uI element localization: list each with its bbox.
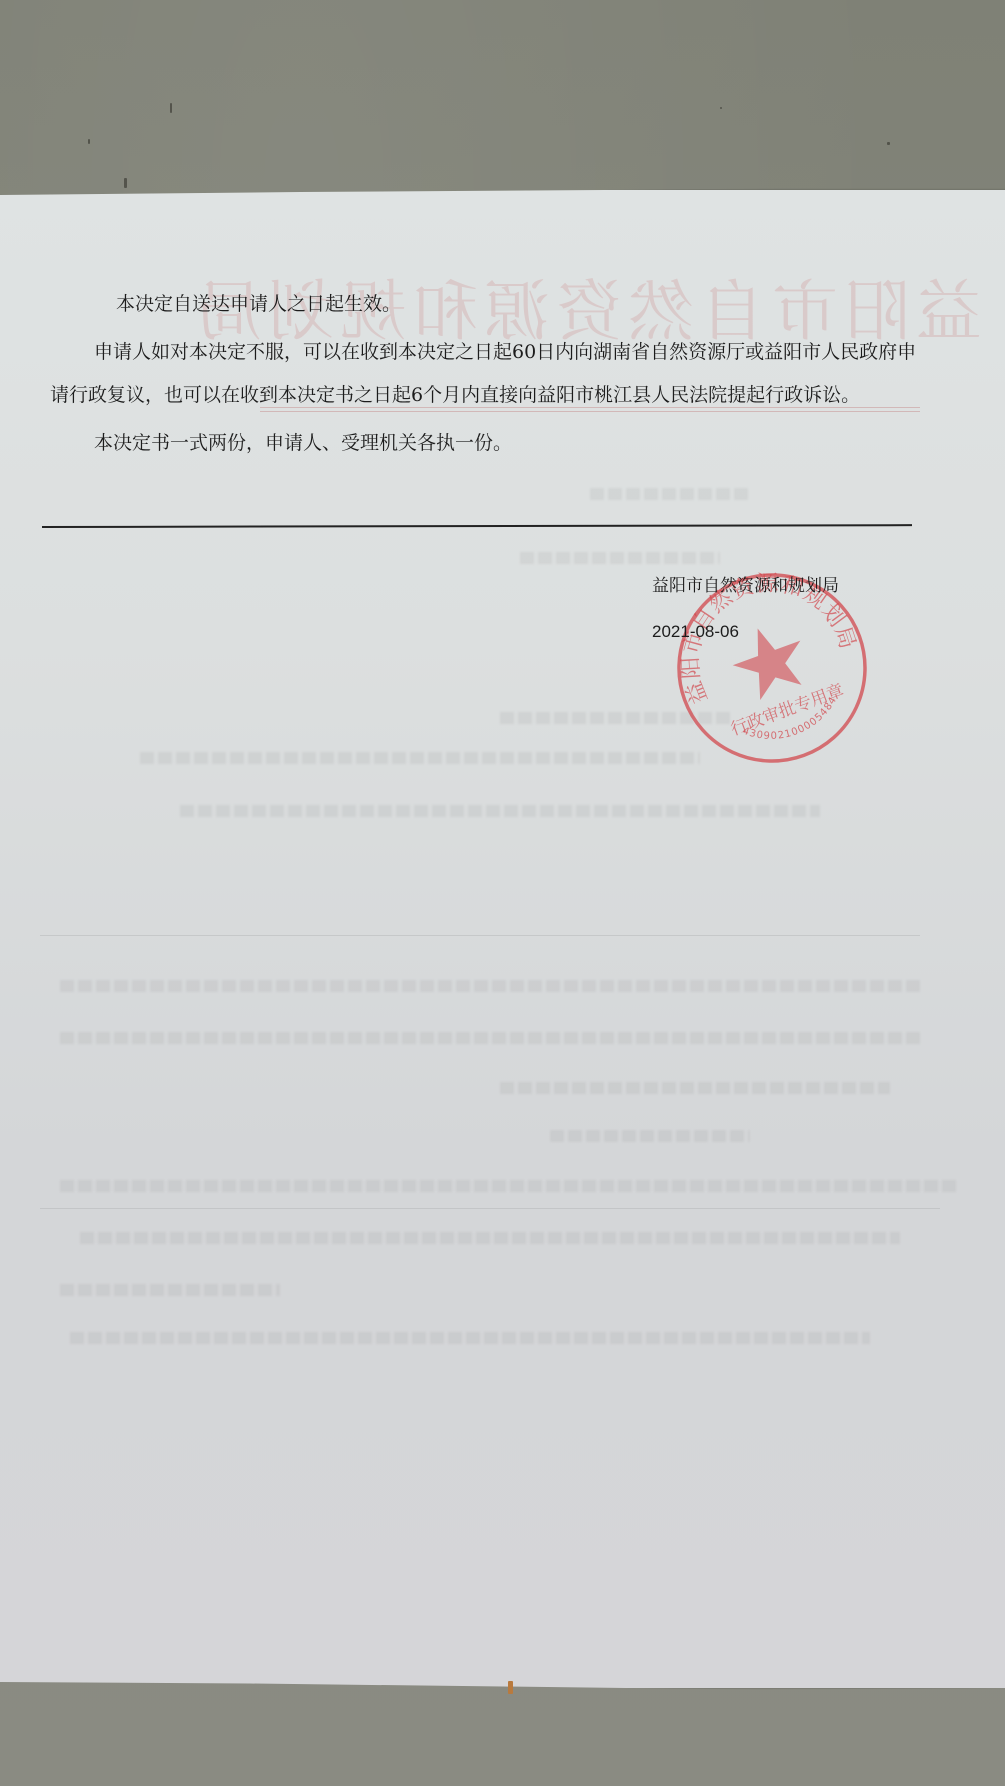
bleed-through-text xyxy=(550,1130,750,1142)
surface-speck xyxy=(170,103,172,113)
tape-mark xyxy=(508,1681,513,1694)
paragraph-appeal-rights: 申请人如对本决定不服，可以在收到本决定之日起60日内向湖南省自然资源厅或益阳市人… xyxy=(50,331,920,417)
bleed-through-text xyxy=(60,980,920,992)
bleed-through-text xyxy=(140,752,700,764)
bleed-through-text xyxy=(180,805,820,817)
bleed-through-rule xyxy=(40,1208,940,1209)
bleed-through-text xyxy=(70,1332,870,1344)
paragraph-effective: 本决定自送达申请人之日起生效。 xyxy=(50,284,920,325)
bleed-through-rule xyxy=(40,935,920,936)
surface-speck xyxy=(887,142,890,145)
surface-speck xyxy=(88,139,90,144)
issue-date: 2021-08-06 xyxy=(652,622,739,642)
bleed-through-text xyxy=(590,488,750,500)
issuer-name: 益阳市自然资源和规划局 xyxy=(652,578,839,595)
paragraph-copies: 本决定书一式两份，申请人、受理机关各执一份。 xyxy=(50,423,920,464)
bleed-through-text xyxy=(80,1232,900,1244)
surface-speck xyxy=(124,178,127,188)
bleed-through-text xyxy=(60,1180,960,1192)
bleed-through-text xyxy=(60,1032,920,1044)
bleed-through-text xyxy=(60,1284,280,1296)
decision-body: 本决定自送达申请人之日起生效。 申请人如对本决定不服，可以在收到本决定之日起60… xyxy=(50,284,920,464)
surface-speck xyxy=(720,107,722,109)
bleed-through-text xyxy=(520,552,720,564)
bleed-through-text xyxy=(500,1082,890,1094)
